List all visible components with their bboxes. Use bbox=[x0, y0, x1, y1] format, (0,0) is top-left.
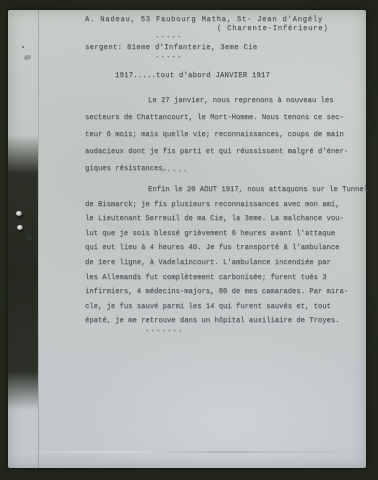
rank-unit-line: sergent: 81eme d'Infanterie, 3eme Cie bbox=[85, 44, 258, 52]
closing-dots: ....... bbox=[145, 326, 184, 334]
paragraph-august-1917: Enfin le 20 AOUT 1917, nous attaquons su… bbox=[85, 183, 357, 329]
paragraph-line: qui eut lieu à 4 heures 40. Je fus trans… bbox=[85, 241, 357, 256]
paragraph-line: cle, je fus sauvé parmi les 14 qui furen… bbox=[85, 300, 357, 315]
paragraph-line: les Allemands fut complètement carbonisé… bbox=[85, 271, 357, 286]
paragraph-line: audacieux dont je fis parti et qui réuss… bbox=[85, 144, 357, 161]
paragraph-line: Enfin le 20 AOUT 1917, nous attaquons su… bbox=[85, 183, 357, 198]
separator-dots: ..... bbox=[155, 32, 183, 40]
paragraph-line: de Bismarck; je fis plusieurs reconnaiss… bbox=[85, 198, 357, 213]
binding-hole-mark bbox=[16, 211, 22, 216]
section-title: 1917.....tout d'abord JANVIER 1917 bbox=[115, 72, 270, 80]
paragraph-january-1917: Le 27 janvier, nous reprenons à nouveau … bbox=[85, 93, 357, 178]
binding-gutter-shadow bbox=[8, 135, 38, 410]
paragraph-line: teur 6 mois; mais quelle vie; reconnaiss… bbox=[85, 127, 357, 144]
paragraph-line: secteurs de Chattancourt, le Mort-Homme.… bbox=[85, 110, 357, 127]
scanned-document-page: A. Nadeau, 53 Faubourg Matha, St- Jean d… bbox=[0, 0, 378, 480]
separator-dots: ..... bbox=[161, 166, 189, 174]
paragraph-line: Le 27 janvier, nous reprenons à nouveau … bbox=[85, 93, 357, 110]
paragraph-line: le Lieutenant Serreuil de ma Cie, la 3em… bbox=[85, 212, 357, 227]
binding-hole-mark bbox=[17, 225, 23, 230]
paragraph-line: épaté, je me retrouve dans un hôpital au… bbox=[85, 314, 357, 329]
paper-crease bbox=[12, 451, 360, 453]
paragraph-line: de 1ere ligne, à Vadelaincourt. L'ambula… bbox=[85, 256, 357, 271]
separator-dots: ..... bbox=[155, 52, 183, 60]
address-line-1: A. Nadeau, 53 Faubourg Matha, St- Jean d… bbox=[85, 16, 323, 24]
paragraph-line: giques résistances. bbox=[85, 161, 357, 178]
paragraph-line: infirmiers, 4 médecins-majors, 80 de mes… bbox=[85, 285, 357, 300]
paragraph-line: lut que je sois blessé grièvement 6 heur… bbox=[85, 227, 357, 242]
ink-speck bbox=[22, 46, 24, 48]
page-left-edge-line bbox=[38, 10, 39, 468]
address-line-2: ( Charente-Inférieure) bbox=[217, 25, 328, 33]
